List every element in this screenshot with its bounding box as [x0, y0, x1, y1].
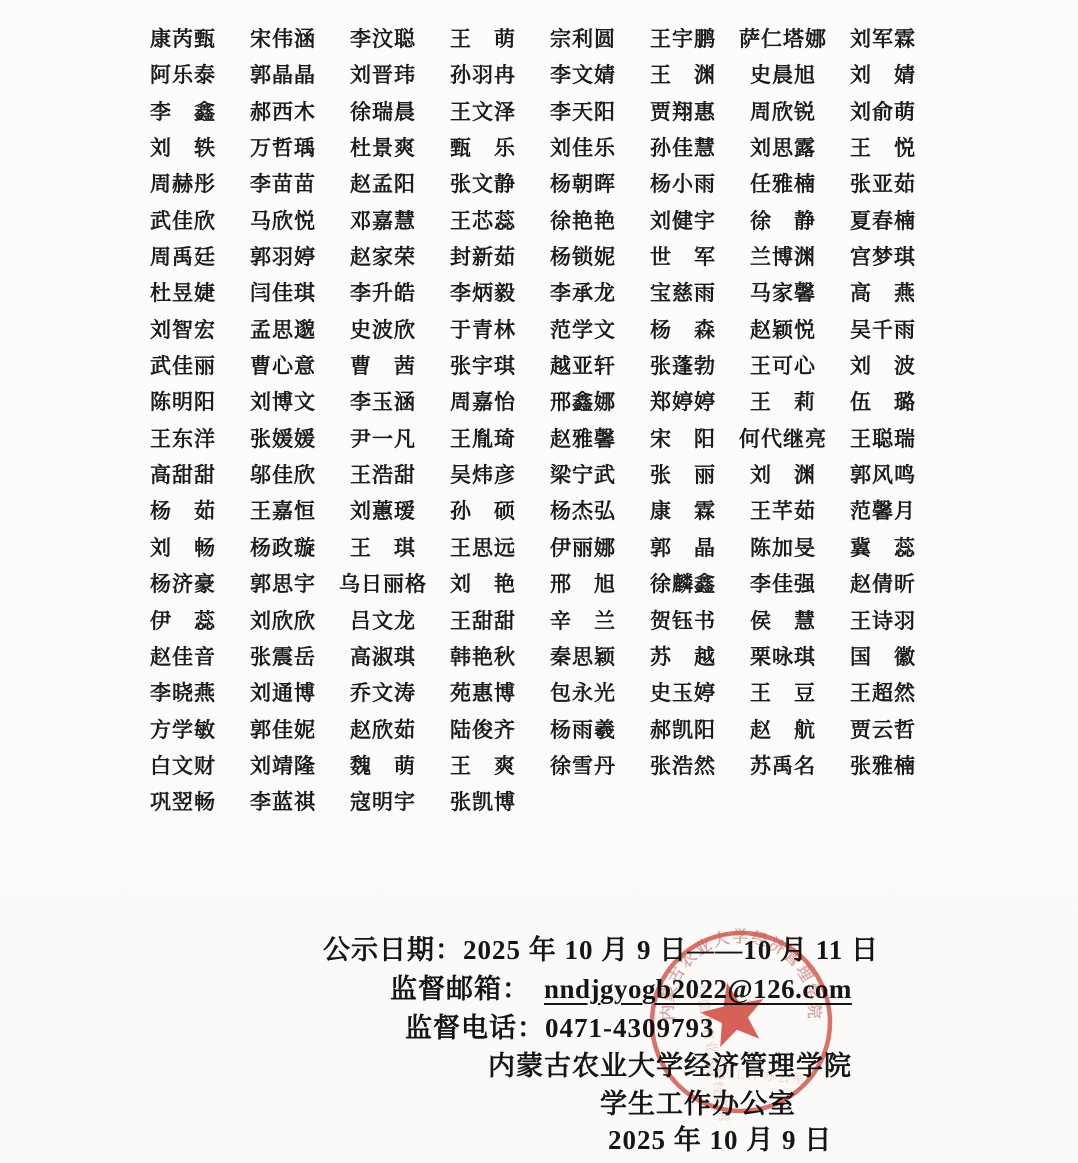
name-cell: 杨小雨 — [633, 167, 733, 203]
name-cell: 王胤琦 — [433, 422, 533, 458]
name-cell: 魏 萌 — [333, 749, 433, 785]
name-cell: 周欣锐 — [733, 95, 833, 131]
name-cell: 张文静 — [433, 167, 533, 203]
name-cell: 周禹廷 — [133, 240, 233, 276]
official-stamp: 内蒙古农业大学经济管理学院 内蒙古农业大学经济管理学院 学生工作办公室 — [644, 924, 844, 1124]
name-cell: 张凯博 — [433, 785, 533, 821]
name-cell: 李炳毅 — [433, 276, 533, 312]
name-cell: 邬佳欣 — [233, 458, 333, 494]
name-cell: 王芊茹 — [733, 494, 833, 530]
name-cell: 郝凯阳 — [633, 713, 733, 749]
email-label: 监督邮箱： — [390, 974, 530, 1004]
name-cell: 刘晋玮 — [333, 58, 433, 94]
name-cell: 杜景爽 — [333, 131, 433, 167]
name-cell: 郭思宇 — [233, 567, 333, 603]
publish-date-label: 公示日期： — [323, 935, 463, 965]
name-cell: 武佳欣 — [133, 204, 233, 240]
name-cell: 乌日丽格 — [333, 567, 433, 603]
name-cell: 王嘉恒 — [233, 494, 333, 530]
name-cell: 宗利圆 — [533, 22, 633, 58]
name-cell: 郭羽婷 — [233, 240, 333, 276]
name-cell: 宫梦琪 — [833, 240, 933, 276]
name-cell: 侯 慧 — [733, 604, 833, 640]
name-cell: 赵孟阳 — [333, 167, 433, 203]
name-cell: 赵颖悦 — [733, 313, 833, 349]
name-cell: 刘 艳 — [433, 567, 533, 603]
name-cell: 张 丽 — [633, 458, 733, 494]
name-cell: 王甜甜 — [433, 604, 533, 640]
name-cell: 高淑琪 — [333, 640, 433, 676]
phone-label: 监督电话： — [405, 1013, 545, 1043]
name-cell: 曹 茜 — [333, 349, 433, 385]
name-cell: 张宇琪 — [433, 349, 533, 385]
name-cell: 王 琪 — [333, 531, 433, 567]
name-cell: 王超然 — [833, 676, 933, 712]
name-cell: 杨 森 — [633, 313, 733, 349]
name-cell: 方学敏 — [133, 713, 233, 749]
name-grid: 康芮甄宋伟涵李汶聪王 萌宗利圆王宇鹏萨仁塔娜刘军霖阿乐泰郭晶晶刘晋玮孙羽冉李文婧… — [133, 22, 933, 822]
name-cell: 范学文 — [533, 313, 633, 349]
name-cell: 郑婷婷 — [633, 385, 733, 421]
name-cell: 周赫彤 — [133, 167, 233, 203]
name-cell: 周嘉怡 — [433, 385, 533, 421]
name-cell: 贾云哲 — [833, 713, 933, 749]
name-cell: 万哲瑀 — [233, 131, 333, 167]
name-cell: 李苗苗 — [233, 167, 333, 203]
name-cell: 杨杰弘 — [533, 494, 633, 530]
name-cell: 杨 茹 — [133, 494, 233, 530]
name-cell: 赵倩昕 — [833, 567, 933, 603]
name-cell: 孙 硕 — [433, 494, 533, 530]
name-cell: 刘博文 — [233, 385, 333, 421]
name-cell: 李承龙 — [533, 276, 633, 312]
name-cell: 郭风鸣 — [833, 458, 933, 494]
name-cell: 伊 蕊 — [133, 604, 233, 640]
name-cell: 张亚茹 — [833, 167, 933, 203]
name-cell: 刘靖隆 — [233, 749, 333, 785]
name-cell: 武佳丽 — [133, 349, 233, 385]
name-cell: 徐 静 — [733, 204, 833, 240]
document-page: 康芮甄宋伟涵李汶聪王 萌宗利圆王宇鹏萨仁塔娜刘军霖阿乐泰郭晶晶刘晋玮孙羽冉李文婧… — [0, 0, 1078, 1163]
name-cell: 宋 阳 — [633, 422, 733, 458]
name-cell: 孟思邈 — [233, 313, 333, 349]
name-cell: 李汶聪 — [333, 22, 433, 58]
name-cell: 康 霖 — [633, 494, 733, 530]
name-cell: 邓嘉慧 — [333, 204, 433, 240]
name-cell: 李玉涵 — [333, 385, 433, 421]
name-cell: 刘 渊 — [733, 458, 833, 494]
name-cell: 陈加旻 — [733, 531, 833, 567]
name-cell: 刘 波 — [833, 349, 933, 385]
name-cell: 包永光 — [533, 676, 633, 712]
name-cell: 夏春楠 — [833, 204, 933, 240]
name-cell: 刘健宇 — [633, 204, 733, 240]
name-cell: 张媛媛 — [233, 422, 333, 458]
name-cell: 赵 航 — [733, 713, 833, 749]
name-cell: 王东洋 — [133, 422, 233, 458]
name-cell: 王 爽 — [433, 749, 533, 785]
name-cell: 高甜甜 — [133, 458, 233, 494]
name-cell: 杨雨羲 — [533, 713, 633, 749]
name-cell: 王 莉 — [733, 385, 833, 421]
name-cell: 杨锁妮 — [533, 240, 633, 276]
name-cell: 闫佳琪 — [233, 276, 333, 312]
name-cell: 王文泽 — [433, 95, 533, 131]
name-cell: 曹心意 — [233, 349, 333, 385]
name-cell: 苏禹名 — [733, 749, 833, 785]
name-cell: 秦思颖 — [533, 640, 633, 676]
name-cell: 吴炜彦 — [433, 458, 533, 494]
name-cell: 甄 乐 — [433, 131, 533, 167]
name-cell: 栗咏琪 — [733, 640, 833, 676]
name-cell: 王聪瑞 — [833, 422, 933, 458]
name-cell: 陈明阳 — [133, 385, 233, 421]
name-cell: 陆俊齐 — [433, 713, 533, 749]
name-cell: 赵家荣 — [333, 240, 433, 276]
name-cell: 冀 蕊 — [833, 531, 933, 567]
name-cell: 刘蕙瑷 — [333, 494, 433, 530]
name-cell: 王可心 — [733, 349, 833, 385]
name-cell: 张震岳 — [233, 640, 333, 676]
name-cell: 刘军霖 — [833, 22, 933, 58]
name-cell: 巩翌畅 — [133, 785, 233, 821]
name-cell: 史晨旭 — [733, 58, 833, 94]
name-cell: 伍 璐 — [833, 385, 933, 421]
name-cell: 王芯蕊 — [433, 204, 533, 240]
name-cell: 王思远 — [433, 531, 533, 567]
name-cell: 杨济豪 — [133, 567, 233, 603]
name-cell: 吴千雨 — [833, 313, 933, 349]
name-cell: 王诗羽 — [833, 604, 933, 640]
name-cell: 张浩然 — [633, 749, 733, 785]
name-cell: 刘佳乐 — [533, 131, 633, 167]
name-cell: 马家馨 — [733, 276, 833, 312]
name-cell: 孙羽冉 — [433, 58, 533, 94]
name-cell: 宋伟涵 — [233, 22, 333, 58]
name-cell: 贺钰书 — [633, 604, 733, 640]
name-cell: 尹一凡 — [333, 422, 433, 458]
name-cell: 萨仁塔娜 — [733, 22, 833, 58]
name-cell: 世 军 — [633, 240, 733, 276]
name-cell: 郭佳妮 — [233, 713, 333, 749]
name-cell: 王 悦 — [833, 131, 933, 167]
name-cell: 郭晶晶 — [233, 58, 333, 94]
name-cell: 刘通博 — [233, 676, 333, 712]
name-cell: 赵佳音 — [133, 640, 233, 676]
name-cell: 张蓬勃 — [633, 349, 733, 385]
name-cell: 王 萌 — [433, 22, 533, 58]
name-cell: 李文婧 — [533, 58, 633, 94]
name-cell: 白文财 — [133, 749, 233, 785]
name-cell: 贾翔惠 — [633, 95, 733, 131]
name-cell: 刘 轶 — [133, 131, 233, 167]
name-cell: 范馨月 — [833, 494, 933, 530]
name-cell: 郝西木 — [233, 95, 333, 131]
name-cell: 张雅楠 — [833, 749, 933, 785]
name-cell: 康芮甄 — [133, 22, 233, 58]
name-cell: 封新茹 — [433, 240, 533, 276]
name-cell: 辛 兰 — [533, 604, 633, 640]
name-cell: 邢鑫娜 — [533, 385, 633, 421]
name-cell: 李 鑫 — [133, 95, 233, 131]
name-cell: 杨政璇 — [233, 531, 333, 567]
name-cell: 兰博渊 — [733, 240, 833, 276]
name-cell: 刘俞萌 — [833, 95, 933, 131]
name-cell: 于青林 — [433, 313, 533, 349]
name-cell: 何代继亮 — [733, 422, 833, 458]
name-cell: 王 豆 — [733, 676, 833, 712]
name-cell: 李升皓 — [333, 276, 433, 312]
name-cell: 史玉婷 — [633, 676, 733, 712]
name-cell: 徐雪丹 — [533, 749, 633, 785]
name-cell: 宝慈雨 — [633, 276, 733, 312]
name-cell: 梁宁武 — [533, 458, 633, 494]
name-cell: 乔文涛 — [333, 676, 433, 712]
name-cell: 徐麟鑫 — [633, 567, 733, 603]
name-cell: 吕文龙 — [333, 604, 433, 640]
name-cell: 史波欣 — [333, 313, 433, 349]
name-cell: 苑惠博 — [433, 676, 533, 712]
name-cell: 李天阳 — [533, 95, 633, 131]
name-cell: 郭 晶 — [633, 531, 733, 567]
name-cell: 任雅楠 — [733, 167, 833, 203]
name-cell: 国 徽 — [833, 640, 933, 676]
name-cell: 王宇鹏 — [633, 22, 733, 58]
name-cell: 孙佳慧 — [633, 131, 733, 167]
name-cell: 李蓝祺 — [233, 785, 333, 821]
name-cell: 刘 婧 — [833, 58, 933, 94]
name-cell: 邢 旭 — [533, 567, 633, 603]
name-cell: 越亚轩 — [533, 349, 633, 385]
name-cell: 徐瑞晨 — [333, 95, 433, 131]
name-cell: 李晓燕 — [133, 676, 233, 712]
name-cell: 李佳强 — [733, 567, 833, 603]
name-cell: 王 渊 — [633, 58, 733, 94]
name-cell: 刘思露 — [733, 131, 833, 167]
name-cell: 刘欣欣 — [233, 604, 333, 640]
name-cell: 王浩甜 — [333, 458, 433, 494]
name-cell: 赵雅馨 — [533, 422, 633, 458]
name-cell: 徐艳艳 — [533, 204, 633, 240]
name-cell: 韩艳秋 — [433, 640, 533, 676]
name-cell: 杨朝晖 — [533, 167, 633, 203]
name-cell: 苏 越 — [633, 640, 733, 676]
name-cell: 刘 畅 — [133, 531, 233, 567]
name-cell: 马欣悦 — [233, 204, 333, 240]
name-cell: 寇明宇 — [333, 785, 433, 821]
name-cell: 阿乐泰 — [133, 58, 233, 94]
name-cell: 伊丽娜 — [533, 531, 633, 567]
name-cell: 杜昱婕 — [133, 276, 233, 312]
name-cell: 刘智宏 — [133, 313, 233, 349]
name-cell: 赵欣茹 — [333, 713, 433, 749]
name-cell: 高 燕 — [833, 276, 933, 312]
